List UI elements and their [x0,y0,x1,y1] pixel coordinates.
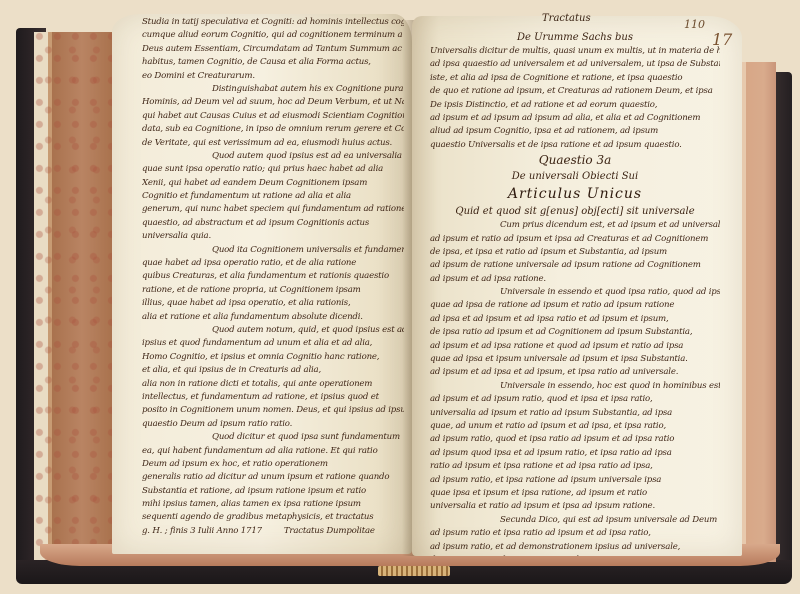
text-line: cumque aliud eorum Cognitio, qui ad cogn… [142,29,404,42]
section-heading-quaestio: Quaestio 3a [430,152,720,169]
left-page: Studia in tatij speculativa et Cogniti: … [112,14,412,554]
text-line: ad ipsum de ratione universale ad ipsum … [430,259,720,272]
text-line: Hominis, ad Deum vel ad suum, hoc ad Deu… [142,96,404,109]
section-opening: Secunda Dico, qui est ad ipsum universal… [430,514,720,527]
text-line: ea, qui habent fundamentum ad alia ratio… [142,445,404,458]
text-line: ad ipsum et ad ipsa ratione et quod ad i… [430,340,720,353]
text-line: ad ipsum quod ipsa et ad ipsum ratio, et… [430,447,720,460]
text-line: de Veritate, qui est verissimum ad ea, e… [142,137,404,150]
text-line: Studia in tatij speculativa et Cogniti: … [142,16,404,29]
closing-date: g. H. ; finis 3 Iulii Anno 1717 [142,525,262,538]
closing-date-line: g. H. ; finis 3 Iulii Anno 1717 Tractatu… [142,525,404,538]
text-line: iste, et alia ad ipsa de Cognitione et r… [430,72,720,85]
text-line: quae, ad unum et ratio ad ipsum et ad ip… [430,420,720,433]
text-line: Deum ad ipsum ex hoc, et ratio operation… [142,458,404,471]
text-line: ipsius et quod fundamentum ad unum et al… [142,337,404,350]
section-heading-articulus: Articulus Unicus [430,184,720,204]
text-line: quae sunt ipsa operatio ratio; qui prius… [142,163,404,176]
text-line: quaestio Deum ad ipsum ratio ratio. [142,418,404,431]
text-line: ad ipsum et ad ipsum ratio, quod et ipsa… [430,393,720,406]
text-line: mihi ipsius tamen, alias tamen ex ipsa r… [142,498,404,511]
text-line: data, sub ea Cognitione, in ipso de omni… [142,123,404,136]
text-line: ad ipsum et ad ipsa et ad ipsum, et ipsa… [430,366,720,379]
text-line: alia non in ratione dicti et totalis, qu… [142,378,404,391]
text-line: illius, quae habet ad ipsa operatio, et … [142,297,404,310]
text-line: de ipsa ratio ad ipsum et ad Cognitionem… [430,326,720,339]
spine-headband [378,566,450,576]
section-opening: Quod autem quod ipsius est ad ea univers… [142,150,404,163]
running-head: Tractatus [542,13,591,24]
page-fore-edge-right [736,62,776,562]
text-line: ad ipsum et ratio ad ipsum et ipsa ad Cr… [430,233,720,246]
text-line: Deus autem Essentiam, Circumdatam ad Tan… [142,43,404,56]
text-line: de quo et ratione ad ipsum, et Creaturas… [430,85,720,98]
right-page-text: De Urumme Sachs bus Universalis dicitur … [430,30,720,556]
text-line: habitus, tamen Cognitio, de Causa et ali… [142,56,404,69]
subtitle: De Urumme Sachs bus [430,30,720,45]
text-line: de ipsa et ratio ad ipsum et ratio ad ip… [430,554,720,556]
text-line: quae ad ipsa de ratione ad ipsum et rati… [430,299,720,312]
section-opening: Universale in essendo et quod ipsa ratio… [430,286,720,299]
text-line: et alia, et qui ipsius de in Creaturis a… [142,364,404,377]
left-page-text: Studia in tatij speculativa et Cogniti: … [142,16,404,538]
text-line: ratio ad ipsum et ipsa ratione et ad ips… [430,460,720,473]
text-line: Homo Cognitio, et ipsius et omnia Cognit… [142,351,404,364]
text-line: quaestio, ad abstractum et ad ipsum Cogn… [142,217,404,230]
folio-number-large: 17 [712,30,732,49]
text-line: ad ipsum ratio, quod et ipsa ratio ad ip… [430,433,720,446]
text-line: Cognitio et fundamentum ut ratione ad al… [142,190,404,203]
text-line: ad ipsa et ad ipsum et ad ipsa ratio et … [430,313,720,326]
text-line: Substantia et ratione, ad ipsum ratione … [142,485,404,498]
closing-signature: Tractatus Dumpolitae [284,525,375,538]
text-line: universalia quia. [142,230,404,243]
text-line: ad ipsum ratio, et ad demonstrationem ip… [430,541,720,554]
text-line: ratione, et de ratione propria, ut Cogni… [142,284,404,297]
text-line: aliud ad ipsum Cognitio, ipsa et ad rati… [430,125,720,138]
text-line: universalia ad ipsum et ratio ad ipsum S… [430,407,720,420]
folio-number-small: 110 [684,18,705,31]
open-manuscript-book: Studia in tatij speculativa et Cogniti: … [0,0,800,594]
section-opening: Quod ita Cognitionem universalis et fund… [142,244,404,257]
right-page: De Urumme Sachs bus Universalis dicitur … [412,16,742,556]
text-line: eo Domini et Creaturarum. [142,70,404,83]
text-line: posito in Cognitionem unum nomen. Deus, … [142,404,404,417]
text-line: quae ipsa et ipsum et ipsa ratione, ad i… [430,487,720,500]
text-line: generalis ratio ad dicitur ad unum ipsum… [142,471,404,484]
text-line: ad ipsum et ad ipsum ad ipsum ad alia, e… [430,112,720,125]
text-line: quaestio Universalis et de ipsa ratione … [430,139,720,152]
section-opening: Universale in essendo, hoc est quod in h… [430,380,720,393]
text-line: de ipsa, et ipsa et ratio ad ipsum et Su… [430,246,720,259]
text-line: ad ipsum ratio et ipsa ratio ad ipsum et… [430,527,720,540]
text-line: intellectus, et fundamentum ad ratione, … [142,391,404,404]
text-line: ad ipsum ratio, et ipsa ratione ad ipsum… [430,474,720,487]
text-line: qui habet aut Causas Cuius et ad eiusmod… [142,110,404,123]
text-line: sequenti agendo de gradibus metaphysicis… [142,511,404,524]
text-line: quibus Creaturas, et alia fundamentum et… [142,270,404,283]
text-line: De ipsis Distinctio, et ad ratione et ad… [430,99,720,112]
section-opening: Quod autem notum, quid, et quod ipsius e… [142,324,404,337]
section-opening: Quod dicitur et quod ipsa sunt fundament… [142,431,404,444]
text-line: universalia et ratio ad ipsum et ipsa ad… [430,500,720,513]
page-fore-edge-left [34,32,114,560]
text-line: quae habet ad ipsa operatio ratio, et de… [142,257,404,270]
text-line: Universalis dicitur de multis, quasi unu… [430,45,720,58]
section-heading-subject: De universali Obiecti Sui [430,169,720,184]
section-opening: Distinguishabat autem his ex Cognitione … [142,83,404,96]
text-line: Xenii, qui habet ad eandem Deum Cognitio… [142,177,404,190]
text-line: ad ipsa quaestio ad universalem et ad un… [430,58,720,71]
section-question: Quid et quod sit g[enus] obj[ecti] sit u… [430,204,720,219]
text-line: quae ad ipsa et ipsum universale ad ipsu… [430,353,720,366]
text-line: ad ipsum et ad ipsa ratione. [430,273,720,286]
section-opening: Cum prius dicendum est, et ad ipsum et a… [430,219,720,232]
text-line: generum, qui nunc habet speciem qui fund… [142,203,404,216]
text-line: alia et ratione et alia fundamentum abso… [142,311,404,324]
